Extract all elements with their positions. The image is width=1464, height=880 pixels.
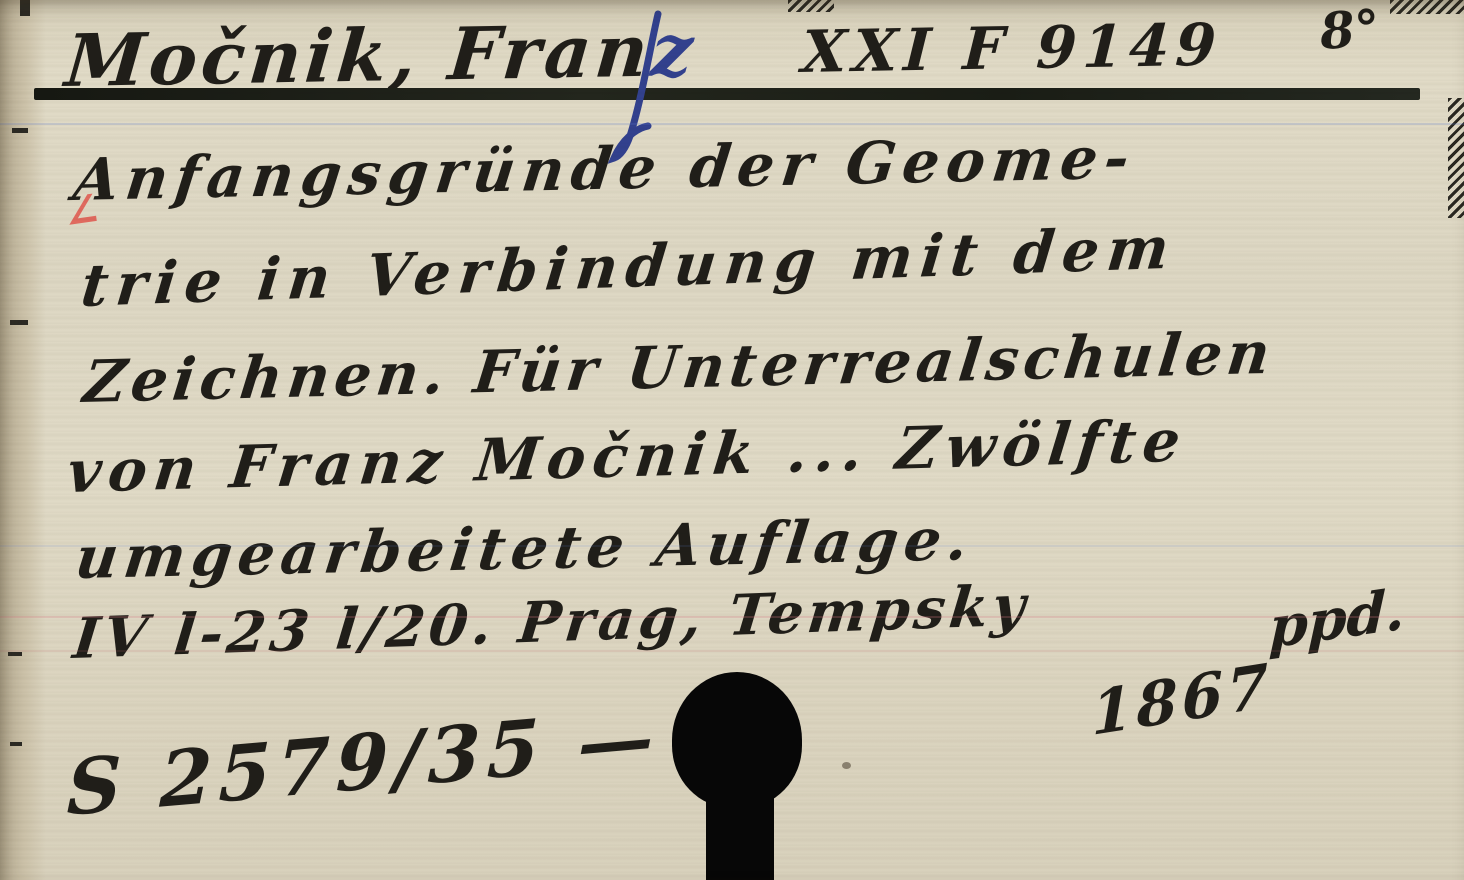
format-octavo: 8° — [1318, 0, 1382, 61]
catalog-card: Močnik, Franz XXI F 9149 8° ∠ Anfangsgrü… — [0, 0, 1464, 880]
publication-year: 1867 — [1091, 651, 1273, 750]
scan-artifact-top-center — [788, 0, 834, 12]
edge-tick — [8, 652, 22, 656]
paper-speck — [842, 762, 851, 769]
binding-note: ppd. — [1268, 576, 1406, 662]
edge-tick — [10, 742, 22, 746]
hole-punch-slot — [706, 780, 774, 880]
shelfmark: XXI F 9149 — [800, 11, 1224, 86]
title-line-3: Zeichnen. Für Unterrealschulen — [80, 319, 1278, 416]
edge-tick — [10, 320, 28, 325]
scan-artifact-top-right — [1390, 0, 1464, 14]
header-rule — [34, 88, 1420, 100]
author-name-blue-correction: z — [648, 7, 700, 93]
title-line-4: von Franz Močnik ... Zwölfte — [64, 407, 1191, 506]
title-line-1: Anfangsgründe der Geome- — [70, 124, 1140, 214]
accession-number: S 2579/35 — — [66, 692, 660, 833]
scan-streak — [0, 123, 1464, 125]
edge-tick — [20, 0, 30, 16]
edge-tick — [12, 128, 28, 133]
scan-artifact-right — [1448, 98, 1464, 218]
title-line-2: trie in Verbindung mit dem — [78, 213, 1180, 320]
